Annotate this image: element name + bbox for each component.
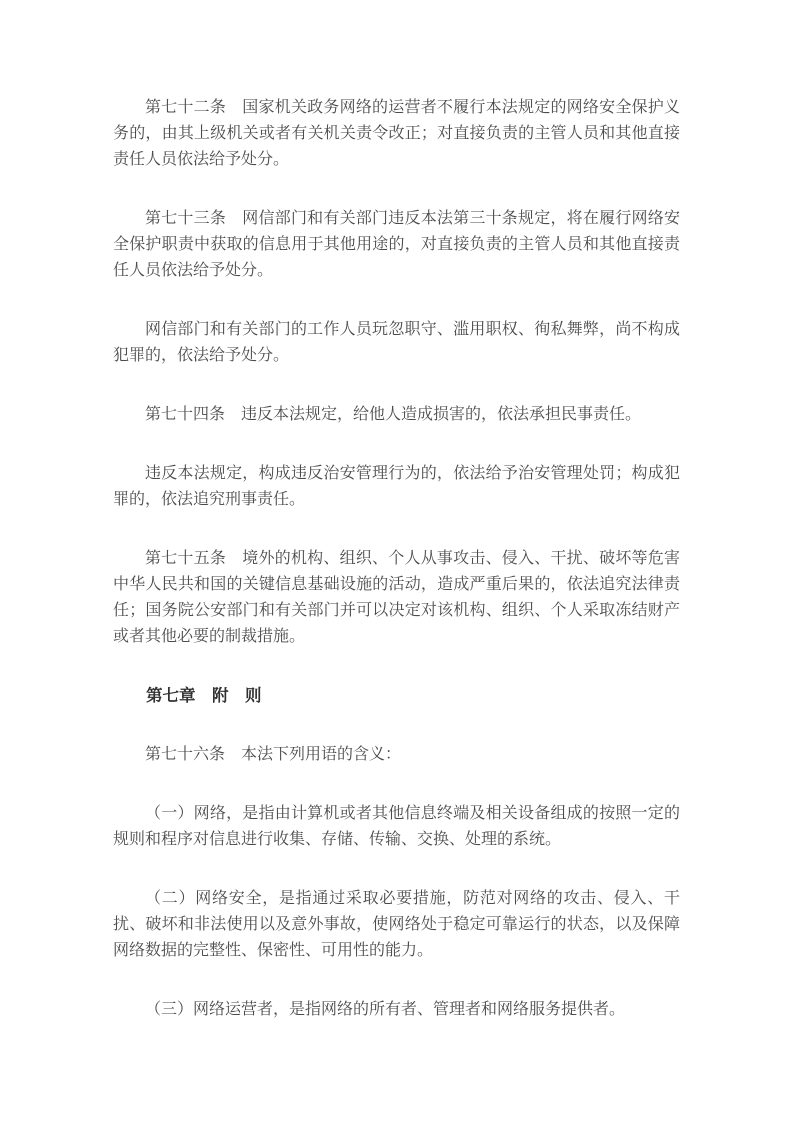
law-paragraph-article-72: 第七十二条 国家机关政务网络的运营者不履行本法规定的网络安全保护义务的，由其上级… [113,95,680,173]
chapter-heading: 第七章 附 则 [113,683,680,709]
law-paragraph-definition-3: （三）网络运营者，是指网络的所有者、管理者和网络服务提供者。 [113,997,680,1023]
law-paragraph-article-74-cont: 违反本法规定，构成违反治安管理行为的，依法给予治安管理处罚；构成犯罪的，依法追究… [113,461,680,513]
law-paragraph-article-74: 第七十四条 违反本法规定，给他人造成损害的，依法承担民事责任。 [113,402,680,428]
law-paragraph-article-75: 第七十五条 境外的机构、组织、个人从事攻击、侵入、干扰、破坏等危害中华人民共和国… [113,546,680,650]
law-paragraph-article-73: 第七十三条 网信部门和有关部门违反本法第三十条规定，将在履行网络安全保护职责中获… [113,206,680,284]
law-paragraph-article-73-cont: 网信部门和有关部门的工作人员玩忽职守、滥用职权、徇私舞弊，尚不构成犯罪的，依法给… [113,317,680,369]
document-text-column: 第七十二条 国家机关政务网络的运营者不履行本法规定的网络安全保护义务的，由其上级… [113,95,680,1056]
law-paragraph-definition-1: （一）网络，是指由计算机或者其他信息终端及相关设备组成的按照一定的规则和程序对信… [113,801,680,853]
document-page: 第七十二条 国家机关政务网络的运营者不履行本法规定的网络安全保护义务的，由其上级… [0,0,793,1122]
law-paragraph-definition-2: （二）网络安全，是指通过采取必要措施，防范对网络的攻击、侵入、干扰、破坏和非法使… [113,886,680,964]
law-paragraph-article-76: 第七十六条 本法下列用语的含义： [113,742,680,768]
